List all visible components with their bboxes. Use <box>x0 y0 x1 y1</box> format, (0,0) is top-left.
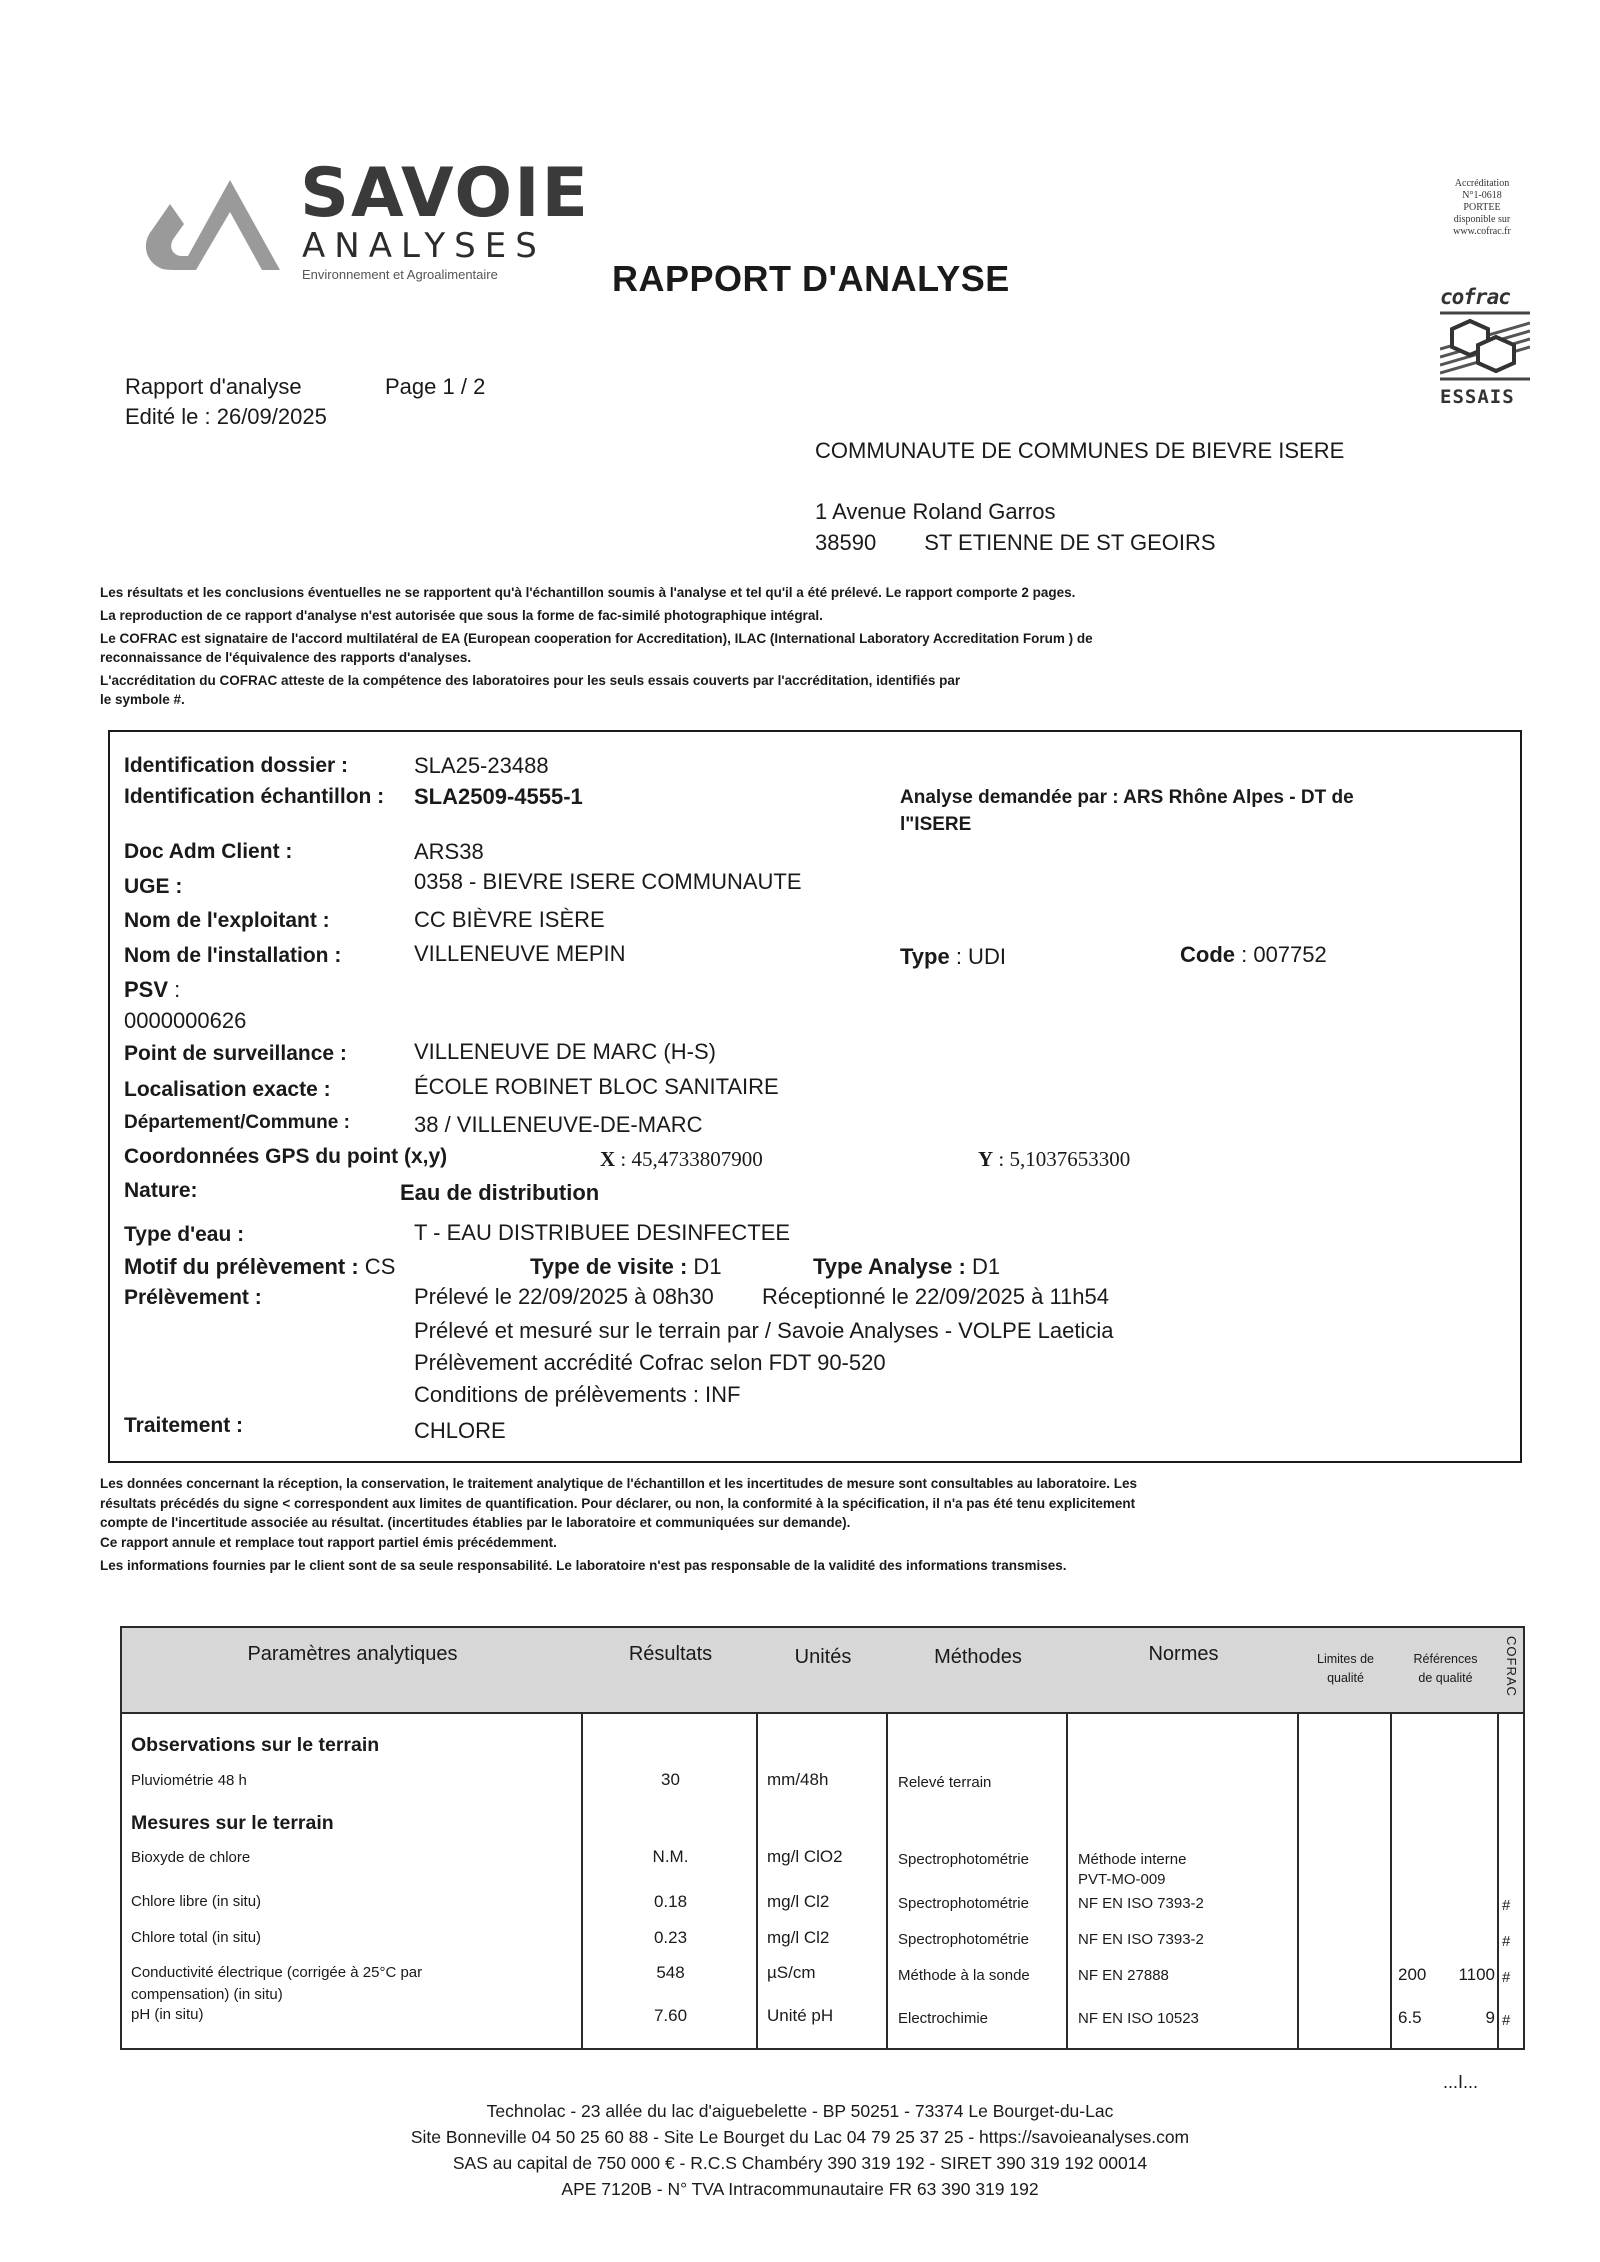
header-param: Paramètres analytiques <box>122 1643 583 1666</box>
param-name-cont: compensation) (in situ) <box>131 1986 283 2003</box>
accreditation-line: www.cofrac.fr <box>1432 226 1532 238</box>
param-norm: NF EN 27888 <box>1078 1967 1169 1984</box>
uge-value: 0358 - BIEVRE ISERE COMMUNAUTE <box>414 869 802 895</box>
param-ref-max: 1100 <box>1422 1965 1495 1985</box>
motif: Motif du prélèvement : CS <box>124 1254 395 1280</box>
traitement-value: CHLORE <box>414 1418 506 1444</box>
gps-x-value: : 45,4733807900 <box>615 1147 763 1171</box>
param-cofrac: # <box>1502 2012 1510 2029</box>
nature-label: Nature: <box>124 1179 198 1203</box>
mountain-drop-icon <box>140 160 290 280</box>
motif-value: CS <box>359 1254 396 1279</box>
param-unit: mg/l ClO2 <box>767 1847 843 1867</box>
dossier-value: SLA25-23488 <box>414 753 549 779</box>
installation-label: Nom de l'installation : <box>124 944 341 968</box>
param-unit: mm/48h <box>767 1770 828 1790</box>
header-cofrac: COFRAC <box>1504 1636 1519 1697</box>
param-cofrac: # <box>1502 1897 1510 1914</box>
param-unit: µS/cm <box>767 1963 816 1983</box>
footer-line: Site Bonneville 04 50 25 60 88 - Site Le… <box>0 2124 1600 2150</box>
code-label: Code <box>1180 942 1235 967</box>
header-unit: Unités <box>758 1646 888 1669</box>
requested-by-value: ARS Rhône Alpes - DT de <box>1123 787 1353 808</box>
param-unit: Unité pH <box>767 2006 833 2026</box>
departement-label: Département/Commune : <box>124 1112 350 1134</box>
disclaimer-line: Les résultats et les conclusions éventue… <box>100 583 1400 602</box>
param-norm-cont: PVT-MO-009 <box>1078 1871 1166 1888</box>
type-label: Type <box>900 944 950 969</box>
gps-y: Y : 5,1037653300 <box>978 1147 1130 1172</box>
report-title: RAPPORT D'ANALYSE <box>612 258 1010 300</box>
cofrac-essais-label: ESSAIS <box>1440 386 1530 408</box>
doc-adm-label: Doc Adm Client : <box>124 840 292 864</box>
footer-line: APE 7120B - N° TVA Intracommunautaire FR… <box>0 2176 1600 2202</box>
logo-subname: ANALYSES <box>302 226 546 266</box>
psv-label-line: PSV : <box>124 977 180 1003</box>
report-meta: Rapport d'analyse Page 1 / 2 Edité le : … <box>125 372 327 432</box>
accreditation-note: Accréditation N°1-0618 PORTEE disponible… <box>1432 178 1532 238</box>
departement-value: 38 / VILLENEUVE-DE-MARC <box>414 1112 703 1138</box>
report-label: Rapport d'analyse <box>125 372 327 402</box>
param-method: Electrochimie <box>898 2010 988 2027</box>
conditions-prelevement: Conditions de prélèvements : INF <box>414 1382 741 1408</box>
footer-line: SAS au capital de 750 000 € - R.C.S Cham… <box>0 2150 1600 2176</box>
param-norm: NF EN ISO 10523 <box>1078 2010 1199 2027</box>
requested-by-value-cont: l"ISERE <box>900 814 971 836</box>
type-analyse-value: D1 <box>966 1254 1000 1279</box>
continuation-mark: ...I... <box>1443 2072 1478 2093</box>
param-norm: NF EN ISO 7393-2 <box>1078 1895 1204 1912</box>
preleve-par: Prélevé et mesuré sur le terrain par / S… <box>414 1318 1113 1344</box>
exploitant-label: Nom de l'exploitant : <box>124 909 330 933</box>
exploitant-value: CC BIÈVRE ISÈRE <box>414 907 605 933</box>
sample-info-box: Identification dossier : SLA25-23488 Ide… <box>108 730 1522 1463</box>
type-eau-label: Type d'eau : <box>124 1223 244 1247</box>
code-value: : 007752 <box>1235 942 1327 967</box>
param-name: pH (in situ) <box>131 2006 204 2023</box>
recipient-street: 1 Avenue Roland Garros <box>815 496 1344 527</box>
disclaimer-line: le symbole #. <box>100 690 1400 709</box>
localisation-value: ÉCOLE ROBINET BLOC SANITAIRE <box>414 1074 779 1100</box>
nature-value: Eau de distribution <box>400 1180 599 1206</box>
header-limits: Limites de qualité <box>1299 1650 1392 1688</box>
param-result: N.M. <box>583 1847 758 1867</box>
param-method: Méthode à la sonde <box>898 1967 1030 1984</box>
dossier-label: Identification dossier : <box>124 754 348 778</box>
note-line: Ce rapport annule et remplace tout rappo… <box>100 1533 1400 1553</box>
type-eau-value: T - EAU DISTRIBUEE DESINFECTEE <box>414 1220 790 1246</box>
receptionne-le: Réceptionné le 22/09/2025 à 11h54 <box>762 1284 1109 1310</box>
installation-value: VILLENEUVE MEPIN <box>414 941 626 967</box>
section-title: Mesures sur le terrain <box>131 1812 334 1835</box>
recipient-postcode: 38590 <box>815 530 876 555</box>
disclaimer-line: reconnaissance de l'équivalence des rapp… <box>100 648 1400 667</box>
param-result: 7.60 <box>583 2006 758 2026</box>
param-result: 548 <box>583 1963 758 1983</box>
motif-label: Motif du prélèvement : <box>124 1254 359 1279</box>
echantillon-label: Identification échantillon : <box>124 785 384 809</box>
header-refs: Références de qualité <box>1392 1650 1499 1688</box>
company-logo: SAVOIE ANALYSES Environnement et Agroali… <box>140 160 560 280</box>
cofrac-logo: cofrac ESSAIS <box>1440 285 1530 415</box>
note-line: Les données concernant la réception, la … <box>100 1474 1400 1494</box>
page-number: Page 1 / 2 <box>385 372 485 402</box>
param-ref-min: 6.5 <box>1398 2008 1422 2028</box>
installation-type: Type : UDI <box>900 944 1006 970</box>
note-line: compte de l'incertitude associée au résu… <box>100 1513 1400 1533</box>
edit-date: Edité le : 26/09/2025 <box>125 402 327 432</box>
type-analyse-label: Type Analyse : <box>813 1254 966 1279</box>
visite: Type de visite : D1 <box>530 1254 722 1280</box>
param-result: 30 <box>583 1770 758 1790</box>
installation-code: Code : 007752 <box>1180 942 1327 968</box>
disclaimer-line: Le COFRAC est signataire de l'accord mul… <box>100 629 1400 648</box>
gps-x: X : 45,4733807900 <box>600 1147 763 1172</box>
header-limits-line: qualité <box>1299 1669 1392 1688</box>
param-name: Chlore total (in situ) <box>131 1929 261 1946</box>
results-table-header: Paramètres analytiques Résultats Unités … <box>120 1626 1525 1714</box>
recipient-name: COMMUNAUTE DE COMMUNES DE BIEVRE ISERE <box>815 435 1344 466</box>
gps-y-value: : 5,1037653300 <box>993 1147 1130 1171</box>
gps-label: Coordonnées GPS du point (x,y) <box>124 1145 447 1169</box>
accreditation-line: PORTEE <box>1432 202 1532 214</box>
results-notes: Les données concernant la réception, la … <box>100 1474 1400 1576</box>
param-name: Bioxyde de chlore <box>131 1849 250 1866</box>
requested-by: Analyse demandée par : ARS Rhône Alpes -… <box>900 787 1354 809</box>
accreditation-line: N°1-0618 <box>1432 190 1532 202</box>
localisation-label: Localisation exacte : <box>124 1078 331 1102</box>
param-unit: mg/l Cl2 <box>767 1928 829 1948</box>
visite-label: Type de visite : <box>530 1254 687 1279</box>
gps-y-label: Y <box>978 1147 993 1171</box>
recipient-city-line: 38590ST ETIENNE DE ST GEOIRS <box>815 527 1344 558</box>
recipient-city: ST ETIENNE DE ST GEOIRS <box>924 530 1215 555</box>
legal-disclaimer: Les résultats et les conclusions éventue… <box>100 583 1400 713</box>
param-name: Chlore libre (in situ) <box>131 1893 261 1910</box>
header-refs-line: Références <box>1392 1650 1499 1669</box>
param-ref-max: 9 <box>1422 2008 1495 2028</box>
param-result: 0.18 <box>583 1892 758 1912</box>
recipient-address: COMMUNAUTE DE COMMUNES DE BIEVRE ISERE 1… <box>815 435 1344 558</box>
footer-line: Technolac - 23 allée du lac d'aiguebelet… <box>0 2098 1600 2124</box>
accreditation-line: Accréditation <box>1432 178 1532 190</box>
cofrac-wordmark: cofrac <box>1440 285 1530 309</box>
preleve-le: Prélevé le 22/09/2025 à 08h30 <box>414 1284 714 1310</box>
param-cofrac: # <box>1502 1933 1510 1950</box>
logo-name: SAVOIE <box>300 154 590 233</box>
logo-tagline: Environnement et Agroalimentaire <box>302 267 498 282</box>
results-table-body: Observations sur le terrain Pluviométrie… <box>120 1714 1525 2050</box>
gps-x-label: X <box>600 1147 615 1171</box>
disclaimer-line: L'accréditation du COFRAC atteste de la … <box>100 671 1400 690</box>
param-result: 0.23 <box>583 1928 758 1948</box>
param-method: Spectrophotométrie <box>898 1931 1029 1948</box>
param-norm: NF EN ISO 7393-2 <box>1078 1931 1204 1948</box>
header-refs-line: de qualité <box>1392 1669 1499 1688</box>
disclaimer-line: La reproduction de ce rapport d'analyse … <box>100 606 1400 625</box>
header-result: Résultats <box>583 1643 758 1666</box>
traitement-label: Traitement : <box>124 1414 243 1438</box>
page-footer: Technolac - 23 allée du lac d'aiguebelet… <box>0 2098 1600 2202</box>
psv-colon: : <box>168 977 180 1002</box>
cofrac-hexagon-icon <box>1440 309 1530 381</box>
accreditation-prelevement: Prélèvement accrédité Cofrac selon FDT 9… <box>414 1350 886 1376</box>
param-name: Conductivité électrique (corrigée à 25°C… <box>131 1964 422 1981</box>
header-method: Méthodes <box>888 1646 1068 1669</box>
surveillance-label: Point de surveillance : <box>124 1042 347 1066</box>
param-cofrac: # <box>1502 1969 1510 1986</box>
accreditation-line: disponible sur <box>1432 214 1532 226</box>
param-norm: Méthode interne <box>1078 1851 1186 1868</box>
note-line: résultats précédés du signe < correspond… <box>100 1494 1400 1514</box>
echantillon-value: SLA2509-4555-1 <box>414 784 583 810</box>
prelevement-label: Prélèvement : <box>124 1286 262 1310</box>
param-name: Pluviométrie 48 h <box>131 1772 247 1789</box>
param-method: Spectrophotométrie <box>898 1851 1029 1868</box>
param-unit: mg/l Cl2 <box>767 1892 829 1912</box>
type-value: : UDI <box>950 944 1006 969</box>
visite-value: D1 <box>687 1254 721 1279</box>
surveillance-value: VILLENEUVE DE MARC (H-S) <box>414 1039 716 1065</box>
psv-value: 0000000626 <box>124 1008 246 1034</box>
section-title: Observations sur le terrain <box>131 1734 379 1757</box>
header-norm: Normes <box>1068 1643 1299 1666</box>
param-method: Relevé terrain <box>898 1774 991 1791</box>
param-method: Spectrophotométrie <box>898 1895 1029 1912</box>
type-analyse: Type Analyse : D1 <box>813 1254 1000 1280</box>
note-line: Les informations fournies par le client … <box>100 1556 1400 1576</box>
psv-label: PSV <box>124 977 168 1002</box>
header-limits-line: Limites de <box>1299 1650 1392 1669</box>
requested-by-label: Analyse demandée par : <box>900 787 1119 808</box>
doc-adm-value: ARS38 <box>414 839 484 865</box>
uge-label: UGE : <box>124 875 182 899</box>
